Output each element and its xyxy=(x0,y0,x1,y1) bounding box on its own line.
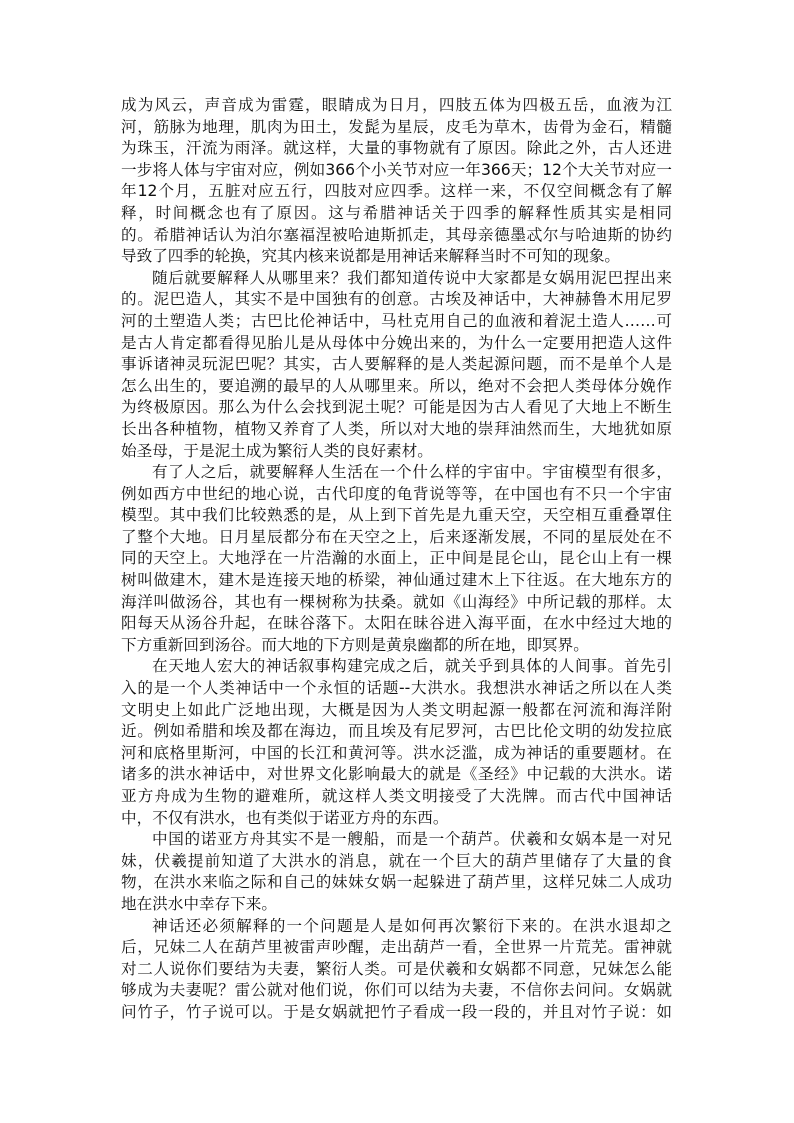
text-line: 后，兄妹二人在葫芦里被雷声吵醒，走出葫芦一看，全世界一片荒芜。雷神就 xyxy=(121,937,672,959)
text-line: 的。希腊神话认为泊尔塞福涅被哈迪斯抓走，其母亲德墨忒尔与哈迪斯的协约 xyxy=(121,225,672,247)
paragraph-1: 成为风云，声音成为雷霆，眼睛成为日月，四肢五体为四极五岳，血液为江 河，筋脉为地… xyxy=(121,95,672,268)
text-line: 例如西方中世纪的地心说，古代印度的龟背说等等，在中国也有不只一个宇宙 xyxy=(121,484,672,506)
text-line: 近。例如希腊和埃及都在海边，而且埃及有尼罗河，古巴比伦文明的幼发拉底 xyxy=(121,721,672,743)
text-line: 长出各种植物，植物又养育了人类，所以对大地的崇拜油然而生，大地犹如原 xyxy=(121,419,672,441)
text-line: 阳每天从汤谷升起，在昧谷落下。太阳在昧谷进入海平面，在水中经过大地的 xyxy=(121,613,672,635)
paragraph-5: 中国的诺亚方舟其实不是一艘船，而是一个葫芦。伏羲和女娲本是一对兄 妹，伏羲提前知… xyxy=(121,829,672,915)
text-line: 导致了四季的轮换，究其内核来说都是用神话来解释当时不可知的现象。 xyxy=(121,246,672,268)
text-line: 的。泥巴造人，其实不是中国独有的创意。古埃及神话中，大神赫鲁木用尼罗 xyxy=(121,289,672,311)
text-line: 为珠玉，汗流为雨泽。就这样，大量的事物就有了原因。除此之外，古人还进 xyxy=(121,138,672,160)
text-line: 事诉诸神灵玩泥巴呢？其实，古人要解释的是人类起源问题，而不是单个人是 xyxy=(121,354,672,376)
text-line: 中，不仅有洪水，也有类似于诺亚方舟的东西。 xyxy=(121,808,672,830)
text-line: 地在洪水中幸存下来。 xyxy=(121,894,672,916)
text-line: 随后就要解释人从哪里来？我们都知道传说中大家都是女娲用泥巴捏出来 xyxy=(121,268,672,290)
text-line: 入的是一个人类神话中一个永恒的话题--大洪水。我想洪水神话之所以在人类 xyxy=(121,678,672,700)
text-line: 在天地人宏大的神话叙事构建完成之后，就关乎到具体的人间事。首先引 xyxy=(121,656,672,678)
text-line: 神话还必须解释的一个问题是人是如何再次繁衍下来的。在洪水退却之 xyxy=(121,916,672,938)
paragraph-2: 随后就要解释人从哪里来？我们都知道传说中大家都是女娲用泥巴捏出来 的。泥巴造人，… xyxy=(121,268,672,462)
text-line: 妹，伏羲提前知道了大洪水的消息，就在一个巨大的葫芦里储存了大量的食 xyxy=(121,851,672,873)
text-line: 成为风云，声音成为雷霆，眼睛成为日月，四肢五体为四极五岳，血液为江 xyxy=(121,95,672,117)
text-line: 亚方舟成为生物的避难所，就这样人类文明接受了大洗牌。而古代中国神话 xyxy=(121,786,672,808)
text-line: 够成为夫妻呢？雷公就对他们说，你们可以结为夫妻，不信你去问问。女娲就 xyxy=(121,980,672,1002)
text-line: 物，在洪水来临之际和自己的妹妹女娲一起躲进了葫芦里，这样兄妹二人成功 xyxy=(121,872,672,894)
text-line: 有了人之后，就要解释人生活在一个什么样的宇宙中。宇宙模型有很多， xyxy=(121,462,672,484)
text-line: 文明史上如此广泛地出现，大概是因为人类文明起源一般都在河流和海洋附 xyxy=(121,700,672,722)
paragraph-6: 神话还必须解释的一个问题是人是如何再次繁衍下来的。在洪水退却之 后，兄妹二人在葫… xyxy=(121,916,672,1024)
paragraph-4: 在天地人宏大的神话叙事构建完成之后，就关乎到具体的人间事。首先引 入的是一个人类… xyxy=(121,656,672,829)
text-line: 下方重新回到汤谷。而大地的下方则是黄泉幽都的所在地，即冥界。 xyxy=(121,635,672,657)
text-line: 河，筋脉为地理，肌肉为田土，发髭为星辰，皮毛为草木，齿骨为金石，精髓 xyxy=(121,117,672,139)
text-line: 一步将人体与宇宙对应，例如366个小关节对应一年366天；12个大关节对应一 xyxy=(121,160,672,182)
text-line: 河的土塑造人类；古巴比伦神话中，马杜克用自己的血液和着泥土造人……可 xyxy=(121,311,672,333)
text-line: 树叫做建木，建木是连接天地的桥梁，神仙通过建木上下往返。在大地东方的 xyxy=(121,570,672,592)
text-line: 模型。其中我们比较熟悉的是，从上到下首先是九重天空，天空相互重叠罩住 xyxy=(121,505,672,527)
text-line: 中国的诺亚方舟其实不是一艘船，而是一个葫芦。伏羲和女娲本是一对兄 xyxy=(121,829,672,851)
text-line: 怎么出生的，要追溯的最早的人从哪里来。所以，绝对不会把人类母体分娩作 xyxy=(121,376,672,398)
paragraph-3: 有了人之后，就要解释人生活在一个什么样的宇宙中。宇宙模型有很多， 例如西方中世纪… xyxy=(121,462,672,656)
text-line: 诸多的洪水神话中，对世界文化影响最大的就是《圣经》中记载的大洪水。诺 xyxy=(121,764,672,786)
text-line: 年12个月，五脏对应五行，四肢对应四季。这样一来，不仅空间概念有了解 xyxy=(121,181,672,203)
text-line: 始圣母，于是泥土成为繁衍人类的良好素材。 xyxy=(121,441,672,463)
text-line: 是古人肯定都看得见胎儿是从母体中分娩出来的，为什么一定要用把造人这件 xyxy=(121,333,672,355)
text-line: 同的天空上。大地浮在一片浩瀚的水面上，正中间是昆仑山，昆仑山上有一棵 xyxy=(121,548,672,570)
document-page: 成为风云，声音成为雷霆，眼睛成为日月，四肢五体为四极五岳，血液为江 河，筋脉为地… xyxy=(121,95,672,1024)
text-line: 问竹子，竹子说可以。于是女娲就把竹子看成一段一段的，并且对竹子说：如 xyxy=(121,1002,672,1024)
text-line: 释，时间概念也有了原因。这与希腊神话关于四季的解释性质其实是相同 xyxy=(121,203,672,225)
text-line: 河和底格里斯河，中国的长江和黄河等。洪水泛滥，成为神话的重要题材。在 xyxy=(121,743,672,765)
text-line: 为终极原因。那么为什么会找到泥土呢？可能是因为古人看见了大地上不断生 xyxy=(121,397,672,419)
text-line: 对二人说你们要结为夫妻，繁衍人类。可是伏羲和女娲都不同意，兄妹怎么能 xyxy=(121,959,672,981)
text-line: 海洋叫做汤谷，其也有一棵树称为扶桑。就如《山海经》中所记载的那样。太 xyxy=(121,592,672,614)
text-line: 了整个大地。日月星辰都分布在天空之上，后来逐渐发展，不同的星辰处在不 xyxy=(121,527,672,549)
